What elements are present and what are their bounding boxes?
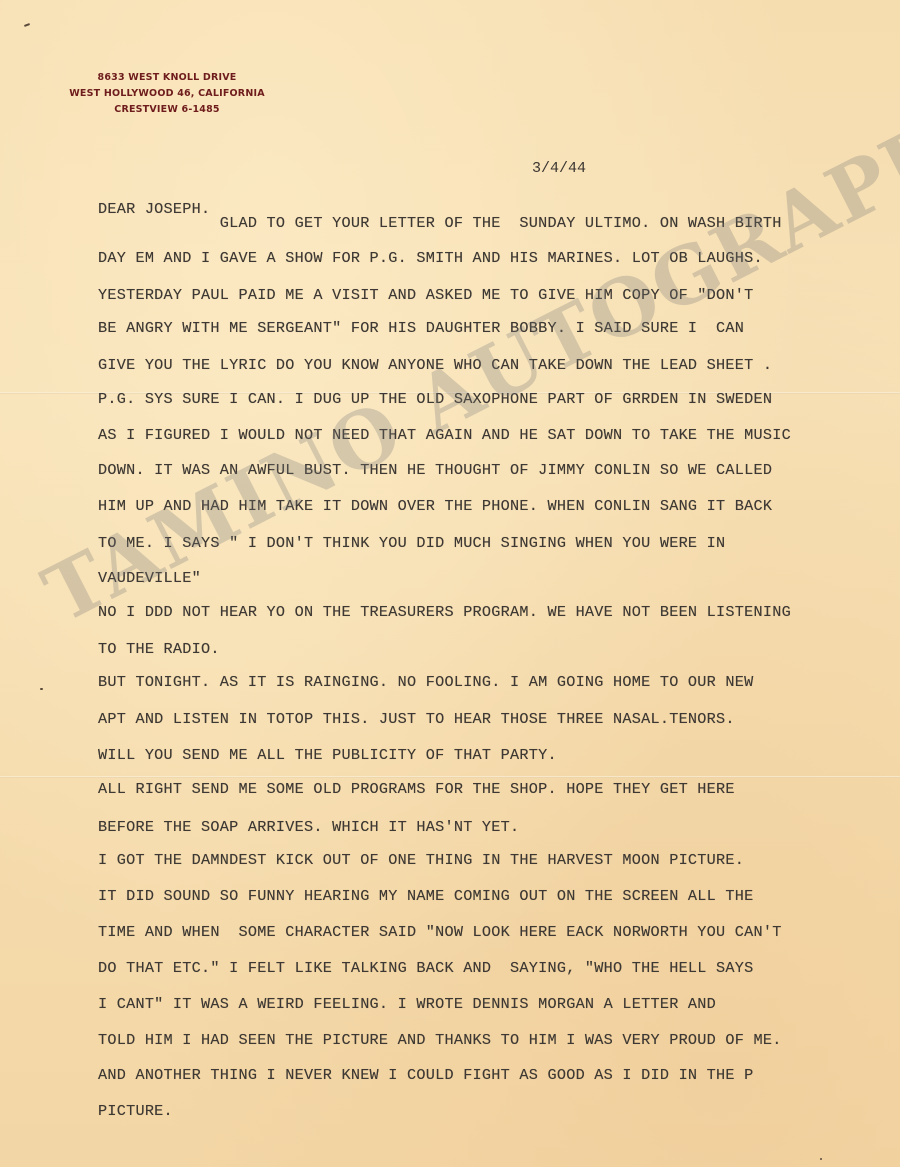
body-line: I GOT THE DAMNDEST KICK OUT OF ONE THING…	[98, 851, 744, 869]
body-line: APT AND LISTEN IN TOTOP THIS. JUST TO HE…	[98, 710, 735, 728]
body-line: TO THE RADIO.	[98, 640, 220, 658]
body-line: HIM UP AND HAD HIM TAKE IT DOWN OVER THE…	[98, 497, 772, 515]
body-line: TO ME. I SAYS " I DON'T THINK YOU DID MU…	[98, 534, 725, 552]
body-line: GLAD TO GET YOUR LETTER OF THE SUNDAY UL…	[98, 214, 782, 232]
body-line: BUT TONIGHT. AS IT IS RAINGING. NO FOOLI…	[98, 673, 753, 691]
body-line: DOWN. IT WAS AN AWFUL BUST. THEN HE THOU…	[98, 461, 772, 479]
body-line: IT DID SOUND SO FUNNY HEARING MY NAME CO…	[98, 887, 753, 905]
body-line: TIME AND WHEN SOME CHARACTER SAID "NOW L…	[98, 923, 782, 941]
body-line: I CANT" IT WAS A WEIRD FEELING. I WROTE …	[98, 995, 716, 1013]
body-line: DO THAT ETC." I FELT LIKE TALKING BACK A…	[98, 959, 753, 977]
letterhead-address: 8633 WEST KNOLL DRIVE	[62, 70, 272, 86]
body-line: DAY EM AND I GAVE A SHOW FOR P.G. SMITH …	[98, 249, 763, 267]
paper-fold-line	[0, 776, 900, 778]
body-line: TOLD HIM I HAD SEEN THE PICTURE AND THAN…	[98, 1031, 782, 1049]
paper-speck	[24, 23, 30, 27]
body-line: VAUDEVILLE"	[98, 569, 201, 587]
body-line: AND ANOTHER THING I NEVER KNEW I COULD F…	[98, 1066, 753, 1084]
body-line: AS I FIGURED I WOULD NOT NEED THAT AGAIN…	[98, 426, 791, 444]
body-line: NO I DDD NOT HEAR YO ON THE TREASURERS P…	[98, 603, 791, 621]
body-line: BE ANGRY WITH ME SERGEANT" FOR HIS DAUGH…	[98, 319, 744, 337]
letterhead: 8633 WEST KNOLL DRIVE WEST HOLLYWOOD 46,…	[62, 70, 272, 118]
body-line: YESTERDAY PAUL PAID ME A VISIT AND ASKED…	[98, 286, 753, 304]
body-line: WILL YOU SEND ME ALL THE PUBLICITY OF TH…	[98, 746, 557, 764]
paper-speck	[820, 1158, 822, 1160]
letterhead-city: WEST HOLLYWOOD 46, CALIFORNIA	[62, 86, 272, 102]
body-line: BEFORE THE SOAP ARRIVES. WHICH IT HAS'NT…	[98, 818, 519, 836]
paper-speck	[40, 688, 43, 690]
body-line: PICTURE.	[98, 1102, 173, 1120]
body-line: P.G. SYS SURE I CAN. I DUG UP THE OLD SA…	[98, 390, 772, 408]
body-line: GIVE YOU THE LYRIC DO YOU KNOW ANYONE WH…	[98, 356, 772, 374]
letter-date: 3/4/44	[532, 160, 586, 177]
body-line: ALL RIGHT SEND ME SOME OLD PROGRAMS FOR …	[98, 780, 735, 798]
letterhead-phone: CRESTVIEW 6-1485	[62, 102, 272, 118]
